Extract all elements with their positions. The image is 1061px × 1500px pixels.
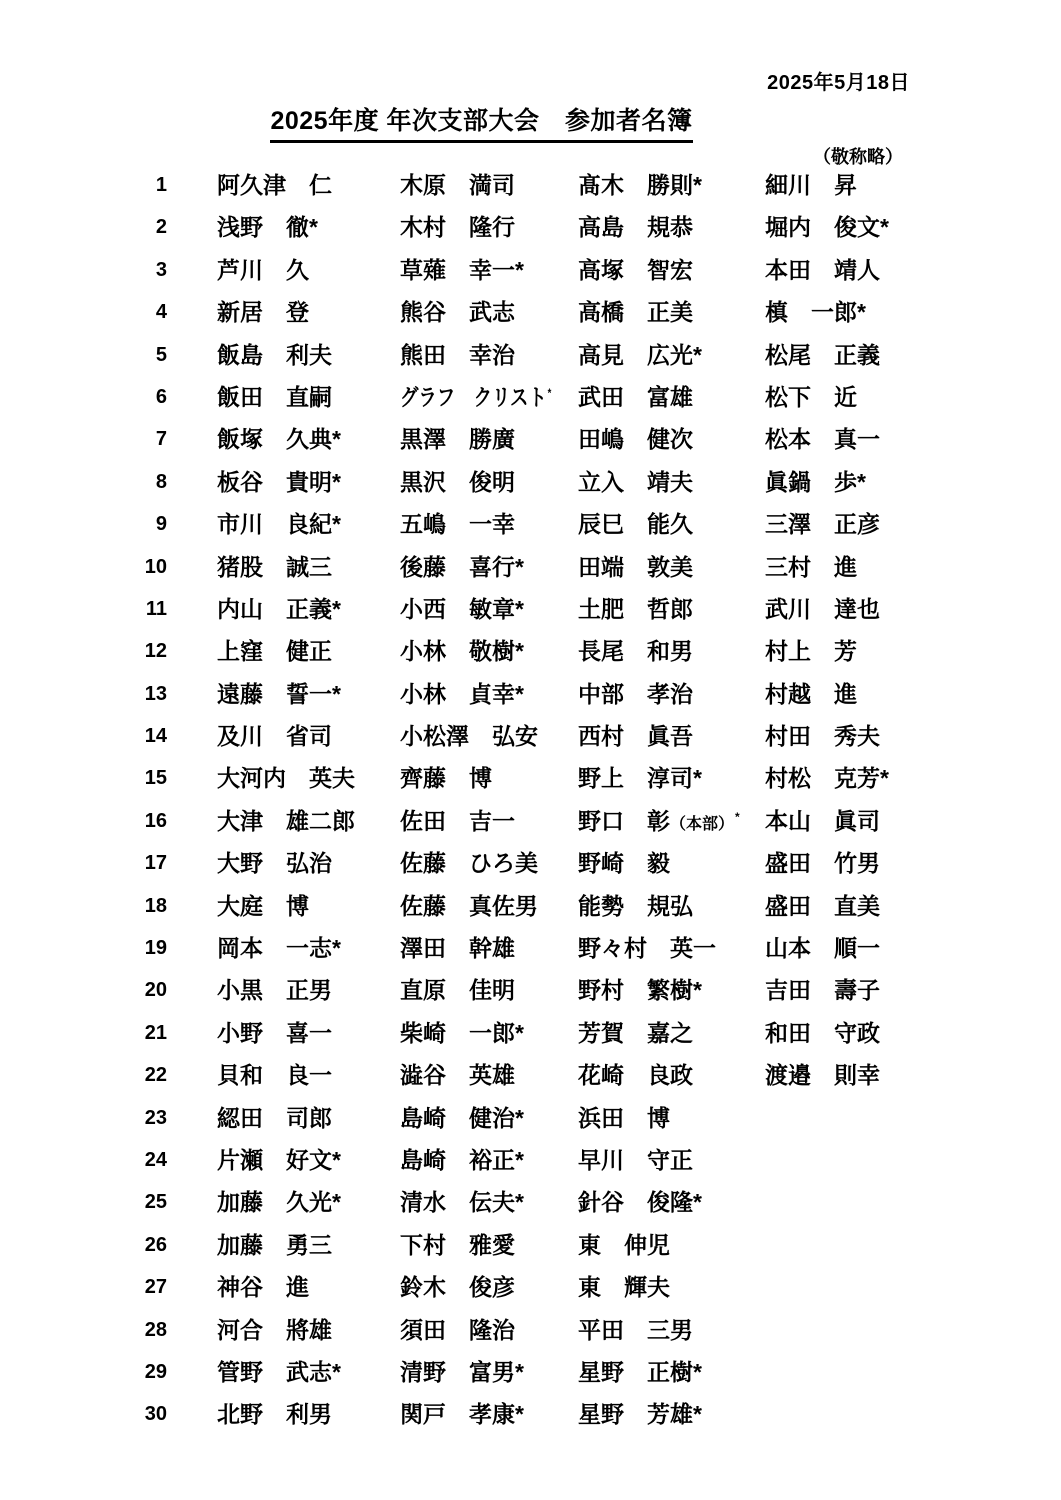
- participant-name: 野上 淳司*: [578, 757, 702, 799]
- table-row: 27 神谷 進 鈴木 俊彦 東 輝夫: [0, 1266, 1061, 1308]
- table-row: 13 遠藤 誓一* 小林 貞幸* 中部 孝治 村越 進: [0, 673, 1061, 715]
- participant-name: 山本 順一: [765, 927, 880, 969]
- participant-name: 髙木 勝則*: [578, 164, 702, 206]
- participant-name: 島崎 裕正*: [400, 1139, 524, 1181]
- row-number: 2: [0, 206, 167, 248]
- participant-name: 齊藤 博: [400, 757, 492, 799]
- participant-name: 野々村 英一: [578, 927, 716, 969]
- title-wrap: 2025年度 年次支部大会 参加者名簿: [0, 101, 963, 143]
- participant-name: 本田 靖人: [765, 249, 880, 291]
- participant-name: 熊田 幸治: [400, 334, 515, 376]
- participant-name: 和田 守政: [765, 1012, 880, 1054]
- participant-name: 槙 一郎*: [765, 291, 866, 333]
- table-row: 7 飯塚 久典* 黒澤 勝廣 田嶋 健次 松本 真一: [0, 418, 1061, 460]
- participant-name: 田嶋 健次: [578, 418, 693, 460]
- table-row: 30 北野 利男 関戸 孝康* 星野 芳雄*: [0, 1393, 1061, 1435]
- participant-name: 盛田 直美: [765, 885, 880, 927]
- row-number: 6: [0, 376, 167, 418]
- participant-name: 西村 眞吾: [578, 715, 693, 757]
- row-number: 3: [0, 249, 167, 291]
- participant-name: 星野 芳雄*: [578, 1393, 702, 1435]
- participant-name: 阿久津 仁: [217, 164, 332, 206]
- participant-name: 飯塚 久典*: [217, 418, 341, 460]
- row-number: 25: [0, 1181, 167, 1223]
- participant-name: 直原 佳明: [400, 969, 515, 1011]
- participant-name: 草薙 幸一*: [400, 249, 524, 291]
- participant-name: 野口 彰（本部）*: [578, 800, 740, 846]
- participant-name: 清水 伝夫*: [400, 1181, 524, 1223]
- row-number: 7: [0, 418, 167, 460]
- participant-name: 黒澤 勝廣: [400, 418, 515, 460]
- row-number: 17: [0, 842, 167, 884]
- row-number: 29: [0, 1351, 167, 1393]
- participant-name: 武田 富雄: [578, 376, 693, 418]
- table-row: 11 内山 正義* 小西 敏章* 土肥 哲郎 武川 達也: [0, 588, 1061, 630]
- table-row: 9 市川 良紀* 五嶋 一幸 辰巳 能久 三澤 正彦: [0, 503, 1061, 545]
- participant-name: 小黒 正男: [217, 969, 332, 1011]
- participant-name: 中部 孝治: [578, 673, 693, 715]
- table-row: 16 大津 雄二郎 佐田 吉一 野口 彰（本部）* 本山 眞司: [0, 800, 1061, 842]
- participant-name: 高橋 正美: [578, 291, 693, 333]
- participant-list: 1 阿久津 仁 木原 満司 髙木 勝則* 細川 昇 2 浅野 徹* 木村 隆行 …: [0, 164, 1061, 1436]
- document-page: 2025年5月18日 2025年度 年次支部大会 参加者名簿 （敬称略） 1 阿…: [0, 0, 1061, 1500]
- table-row: 1 阿久津 仁 木原 満司 髙木 勝則* 細川 昇: [0, 164, 1061, 206]
- participant-name: 大野 弘治: [217, 842, 332, 884]
- participant-name: グラフ クリスト*: [400, 376, 551, 422]
- row-number: 1: [0, 164, 167, 206]
- table-row: 24 片瀬 好文* 島崎 裕正* 早川 守正: [0, 1139, 1061, 1181]
- participant-name: 高島 規恭: [578, 206, 693, 248]
- row-number: 14: [0, 715, 167, 757]
- row-number: 27: [0, 1266, 167, 1308]
- table-row: 10 猪股 誠三 後藤 喜行* 田端 敦美 三村 進: [0, 546, 1061, 588]
- participant-name: 板谷 貴明*: [217, 461, 341, 503]
- participant-name: 木原 満司: [400, 164, 515, 206]
- row-number: 9: [0, 503, 167, 545]
- participant-name: 村上 芳: [765, 630, 857, 672]
- participant-name: 清野 富男*: [400, 1351, 524, 1393]
- participant-name: 立入 靖夫: [578, 461, 693, 503]
- row-number: 19: [0, 927, 167, 969]
- participant-name: 高見 広光*: [578, 334, 702, 376]
- row-number: 12: [0, 630, 167, 672]
- participant-name: 大河内 英夫: [217, 757, 355, 799]
- participant-name: 花崎 良政: [578, 1054, 693, 1096]
- participant-name: 小林 敬樹*: [400, 630, 524, 672]
- participant-name: 飯島 利夫: [217, 334, 332, 376]
- participant-name: 堀内 俊文*: [765, 206, 889, 248]
- participant-name: 河合 將雄: [217, 1309, 332, 1351]
- participant-name: 長尾 和男: [578, 630, 693, 672]
- participant-name: 貝和 良一: [217, 1054, 332, 1096]
- participant-name: 芦川 久: [217, 249, 309, 291]
- row-number: 26: [0, 1224, 167, 1266]
- participant-name: 細川 昇: [765, 164, 857, 206]
- participant-name: 関戸 孝康*: [400, 1393, 524, 1435]
- table-row: 2 浅野 徹* 木村 隆行 高島 規恭 堀内 俊文*: [0, 206, 1061, 248]
- participant-name: 黒沢 俊明: [400, 461, 515, 503]
- participant-name: 佐藤 ひろ美: [400, 842, 538, 884]
- participant-name: 辰巳 能久: [578, 503, 693, 545]
- participant-name: 内山 正義*: [217, 588, 341, 630]
- table-row: 8 板谷 貴明* 黒沢 俊明 立入 靖夫 眞鍋 歩*: [0, 461, 1061, 503]
- page-title: 2025年度 年次支部大会 参加者名簿: [270, 101, 692, 143]
- table-row: 4 新居 登 熊谷 武志 高橋 正美 槙 一郎*: [0, 291, 1061, 333]
- row-number: 16: [0, 800, 167, 842]
- row-number: 5: [0, 334, 167, 376]
- table-row: 23 綛田 司郎 島崎 健治* 浜田 博: [0, 1097, 1061, 1139]
- table-row: 22 貝和 良一 澁谷 英雄 花崎 良政 渡邉 則幸: [0, 1054, 1061, 1096]
- participant-name: 松尾 正義: [765, 334, 880, 376]
- participant-name: 片瀬 好文*: [217, 1139, 341, 1181]
- participant-name: 浅野 徹*: [217, 206, 318, 248]
- participant-name: 村越 進: [765, 673, 857, 715]
- participant-name: 加藤 久光*: [217, 1181, 341, 1223]
- participant-name: 北野 利男: [217, 1393, 332, 1435]
- participant-name: 新居 登: [217, 291, 309, 333]
- row-number: 4: [0, 291, 167, 333]
- participant-name: 村田 秀夫: [765, 715, 880, 757]
- participant-name: 松下 近: [765, 376, 857, 418]
- table-row: 25 加藤 久光* 清水 伝夫* 針谷 俊隆*: [0, 1181, 1061, 1223]
- participant-name: 小野 喜一: [217, 1012, 332, 1054]
- table-row: 28 河合 將雄 須田 隆治 平田 三男: [0, 1309, 1061, 1351]
- participant-name: 後藤 喜行*: [400, 546, 524, 588]
- participant-name: 鈴木 俊彦: [400, 1266, 515, 1308]
- row-number: 30: [0, 1393, 167, 1435]
- row-number: 11: [0, 588, 167, 630]
- participant-name: 野崎 毅: [578, 842, 670, 884]
- participant-name: 大庭 博: [217, 885, 309, 927]
- participant-name: 早川 守正: [578, 1139, 693, 1181]
- participant-name: 眞鍋 歩*: [765, 461, 866, 503]
- table-row: 26 加藤 勇三 下村 雅愛 東 伸児: [0, 1224, 1061, 1266]
- participant-name: 五嶋 一幸: [400, 503, 515, 545]
- participant-name: 東 伸児: [578, 1224, 670, 1266]
- participant-name: 澤田 幹雄: [400, 927, 515, 969]
- participant-name: 猪股 誠三: [217, 546, 332, 588]
- participant-name: 市川 良紀*: [217, 503, 341, 545]
- table-row: 17 大野 弘治 佐藤 ひろ美 野崎 毅 盛田 竹男: [0, 842, 1061, 884]
- participant-name: 柴崎 一郎*: [400, 1012, 524, 1054]
- table-row: 15 大河内 英夫 齊藤 博 野上 淳司* 村松 克芳*: [0, 757, 1061, 799]
- participant-name: 三澤 正彦: [765, 503, 880, 545]
- participant-name: 飯田 直嗣: [217, 376, 332, 418]
- participant-name: 加藤 勇三: [217, 1224, 332, 1266]
- participant-name: 松本 真一: [765, 418, 880, 460]
- participant-name: 小西 敏章*: [400, 588, 524, 630]
- participant-name: 針谷 俊隆*: [578, 1181, 702, 1223]
- participant-name: 武川 達也: [765, 588, 880, 630]
- participant-name: 本山 眞司: [765, 800, 880, 842]
- table-row: 6 飯田 直嗣 グラフ クリスト* 武田 富雄 松下 近: [0, 376, 1061, 418]
- participant-name: 熊谷 武志: [400, 291, 515, 333]
- participant-name: 盛田 竹男: [765, 842, 880, 884]
- participant-name: 佐藤 真佐男: [400, 885, 538, 927]
- participant-name: 小松澤 弘安: [400, 715, 538, 757]
- table-row: 12 上窪 健正 小林 敬樹* 長尾 和男 村上 芳: [0, 630, 1061, 672]
- participant-name: 吉田 壽子: [765, 969, 880, 1011]
- table-row: 19 岡本 一志* 澤田 幹雄 野々村 英一 山本 順一: [0, 927, 1061, 969]
- participant-name: 須田 隆治: [400, 1309, 515, 1351]
- participant-name: 島崎 健治*: [400, 1097, 524, 1139]
- row-number: 28: [0, 1309, 167, 1351]
- table-row: 5 飯島 利夫 熊田 幸治 高見 広光* 松尾 正義: [0, 334, 1061, 376]
- participant-name: 小林 貞幸*: [400, 673, 524, 715]
- participant-name: 下村 雅愛: [400, 1224, 515, 1266]
- row-number: 15: [0, 757, 167, 799]
- participant-name: 渡邉 則幸: [765, 1054, 880, 1096]
- participant-name: 東 輝夫: [578, 1266, 670, 1308]
- participant-name: 及川 省司: [217, 715, 332, 757]
- participant-name: 能勢 規弘: [578, 885, 693, 927]
- participant-name: 土肥 哲郎: [578, 588, 693, 630]
- row-number: 23: [0, 1097, 167, 1139]
- row-number: 13: [0, 673, 167, 715]
- row-number: 22: [0, 1054, 167, 1096]
- participant-name: 三村 進: [765, 546, 857, 588]
- participant-name: 大津 雄二郎: [217, 800, 355, 842]
- row-number: 18: [0, 885, 167, 927]
- participant-name: 平田 三男: [578, 1309, 693, 1351]
- row-number: 20: [0, 969, 167, 1011]
- table-row: 18 大庭 博 佐藤 真佐男 能勢 規弘 盛田 直美: [0, 885, 1061, 927]
- participant-name: 浜田 博: [578, 1097, 670, 1139]
- row-number: 8: [0, 461, 167, 503]
- table-row: 29 管野 武志* 清野 富男* 星野 正樹*: [0, 1351, 1061, 1393]
- row-number: 10: [0, 546, 167, 588]
- participant-name: 星野 正樹*: [578, 1351, 702, 1393]
- participant-name: 木村 隆行: [400, 206, 515, 248]
- table-row: 3 芦川 久 草薙 幸一* 高塚 智宏 本田 靖人: [0, 249, 1061, 291]
- participant-name: 村松 克芳*: [765, 757, 889, 799]
- participant-name: 野村 繁樹*: [578, 969, 702, 1011]
- document-date: 2025年5月18日: [767, 66, 910, 95]
- participant-name: 遠藤 誓一*: [217, 673, 341, 715]
- table-row: 21 小野 喜一 柴崎 一郎* 芳賀 嘉之 和田 守政: [0, 1012, 1061, 1054]
- participant-name: 澁谷 英雄: [400, 1054, 515, 1096]
- participant-name: 上窪 健正: [217, 630, 332, 672]
- participant-name: 高塚 智宏: [578, 249, 693, 291]
- participant-name: 田端 敦美: [578, 546, 693, 588]
- row-number: 21: [0, 1012, 167, 1054]
- participant-name: 佐田 吉一: [400, 800, 515, 842]
- participant-name: 綛田 司郎: [217, 1097, 332, 1139]
- row-number: 24: [0, 1139, 167, 1181]
- table-row: 20 小黒 正男 直原 佳明 野村 繁樹* 吉田 壽子: [0, 969, 1061, 1011]
- participant-name: 岡本 一志*: [217, 927, 341, 969]
- participant-name: 芳賀 嘉之: [578, 1012, 693, 1054]
- table-row: 14 及川 省司 小松澤 弘安 西村 眞吾 村田 秀夫: [0, 715, 1061, 757]
- participant-name: 神谷 進: [217, 1266, 309, 1308]
- participant-name: 管野 武志*: [217, 1351, 341, 1393]
